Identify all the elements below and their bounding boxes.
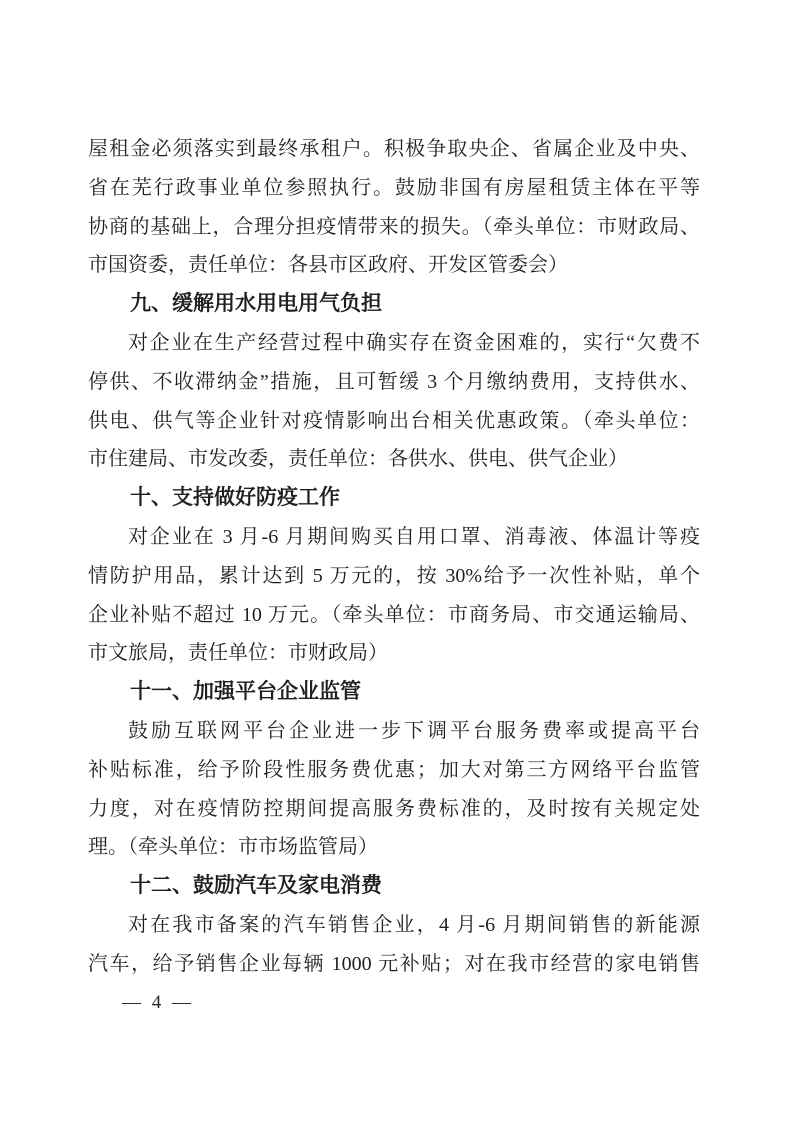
text-line: 鼓励互联网平台企业进一步下调平台服务费率或提高平台 — [88, 712, 700, 751]
section-heading: 十一、加强平台企业监管 — [88, 673, 700, 712]
text-line: 理。（牵头单位：市市场监管局） — [88, 828, 700, 867]
text-line: 供电、供气等企业针对疫情影响出台相关优惠政策。（牵头单位： — [88, 402, 700, 441]
text-line: 屋租金必须落实到最终承租户。积极争取央企、省属企业及中央、 — [88, 130, 700, 169]
text-line: 企业补贴不超过 10 万元。（牵头单位：市商务局、市交通运输局、 — [88, 596, 700, 635]
text-line: 对企业在生产经营过程中确实存在资金困难的，实行“欠费不 — [88, 324, 700, 363]
text-line: 协商的基础上，合理分担疫情带来的损失。（牵头单位：市财政局、 — [88, 208, 700, 247]
text-line: 停供、不收滞纳金”措施，且可暂缓 3 个月缴纳费用，支持供水、 — [88, 363, 700, 402]
section-heading: 十二、鼓励汽车及家电消费 — [88, 867, 700, 906]
text-line: 补贴标准，给予阶段性服务费优惠；加大对第三方网络平台监管 — [88, 751, 700, 790]
section-heading: 十、支持做好防疫工作 — [88, 479, 700, 518]
text-line: 省在芜行政事业单位参照执行。鼓励非国有房屋租赁主体在平等 — [88, 169, 700, 208]
text-line: 市文旅局，责任单位：市财政局） — [88, 634, 700, 673]
text-line: 对企业在 3 月-6 月期间购买自用口罩、消毒液、体温计等疫 — [88, 518, 700, 557]
text-line: 力度，对在疫情防控期间提高服务费标准的，及时按有关规定处 — [88, 790, 700, 829]
text-line: 情防护用品，累计达到 5 万元的，按 30%给予一次性补贴，单个 — [88, 557, 700, 596]
text-line: 对在我市备案的汽车销售企业，4 月-6 月期间销售的新能源 — [88, 906, 700, 945]
document-body: 屋租金必须落实到最终承租户。积极争取央企、省属企业及中央、省在芜行政事业单位参照… — [88, 130, 700, 984]
text-line: 汽车，给予销售企业每辆 1000 元补贴；对在我市经营的家电销售 — [88, 945, 700, 984]
page-number: — 4 — — [122, 990, 194, 1016]
section-heading: 九、缓解用水用电用气负担 — [88, 285, 700, 324]
text-line: 市国资委，责任单位：各县市区政府、开发区管委会） — [88, 246, 700, 285]
text-line: 市住建局、市发改委，责任单位：各供水、供电、供气企业） — [88, 440, 700, 479]
page: 屋租金必须落实到最终承租户。积极争取央企、省属企业及中央、省在芜行政事业单位参照… — [0, 0, 794, 1123]
